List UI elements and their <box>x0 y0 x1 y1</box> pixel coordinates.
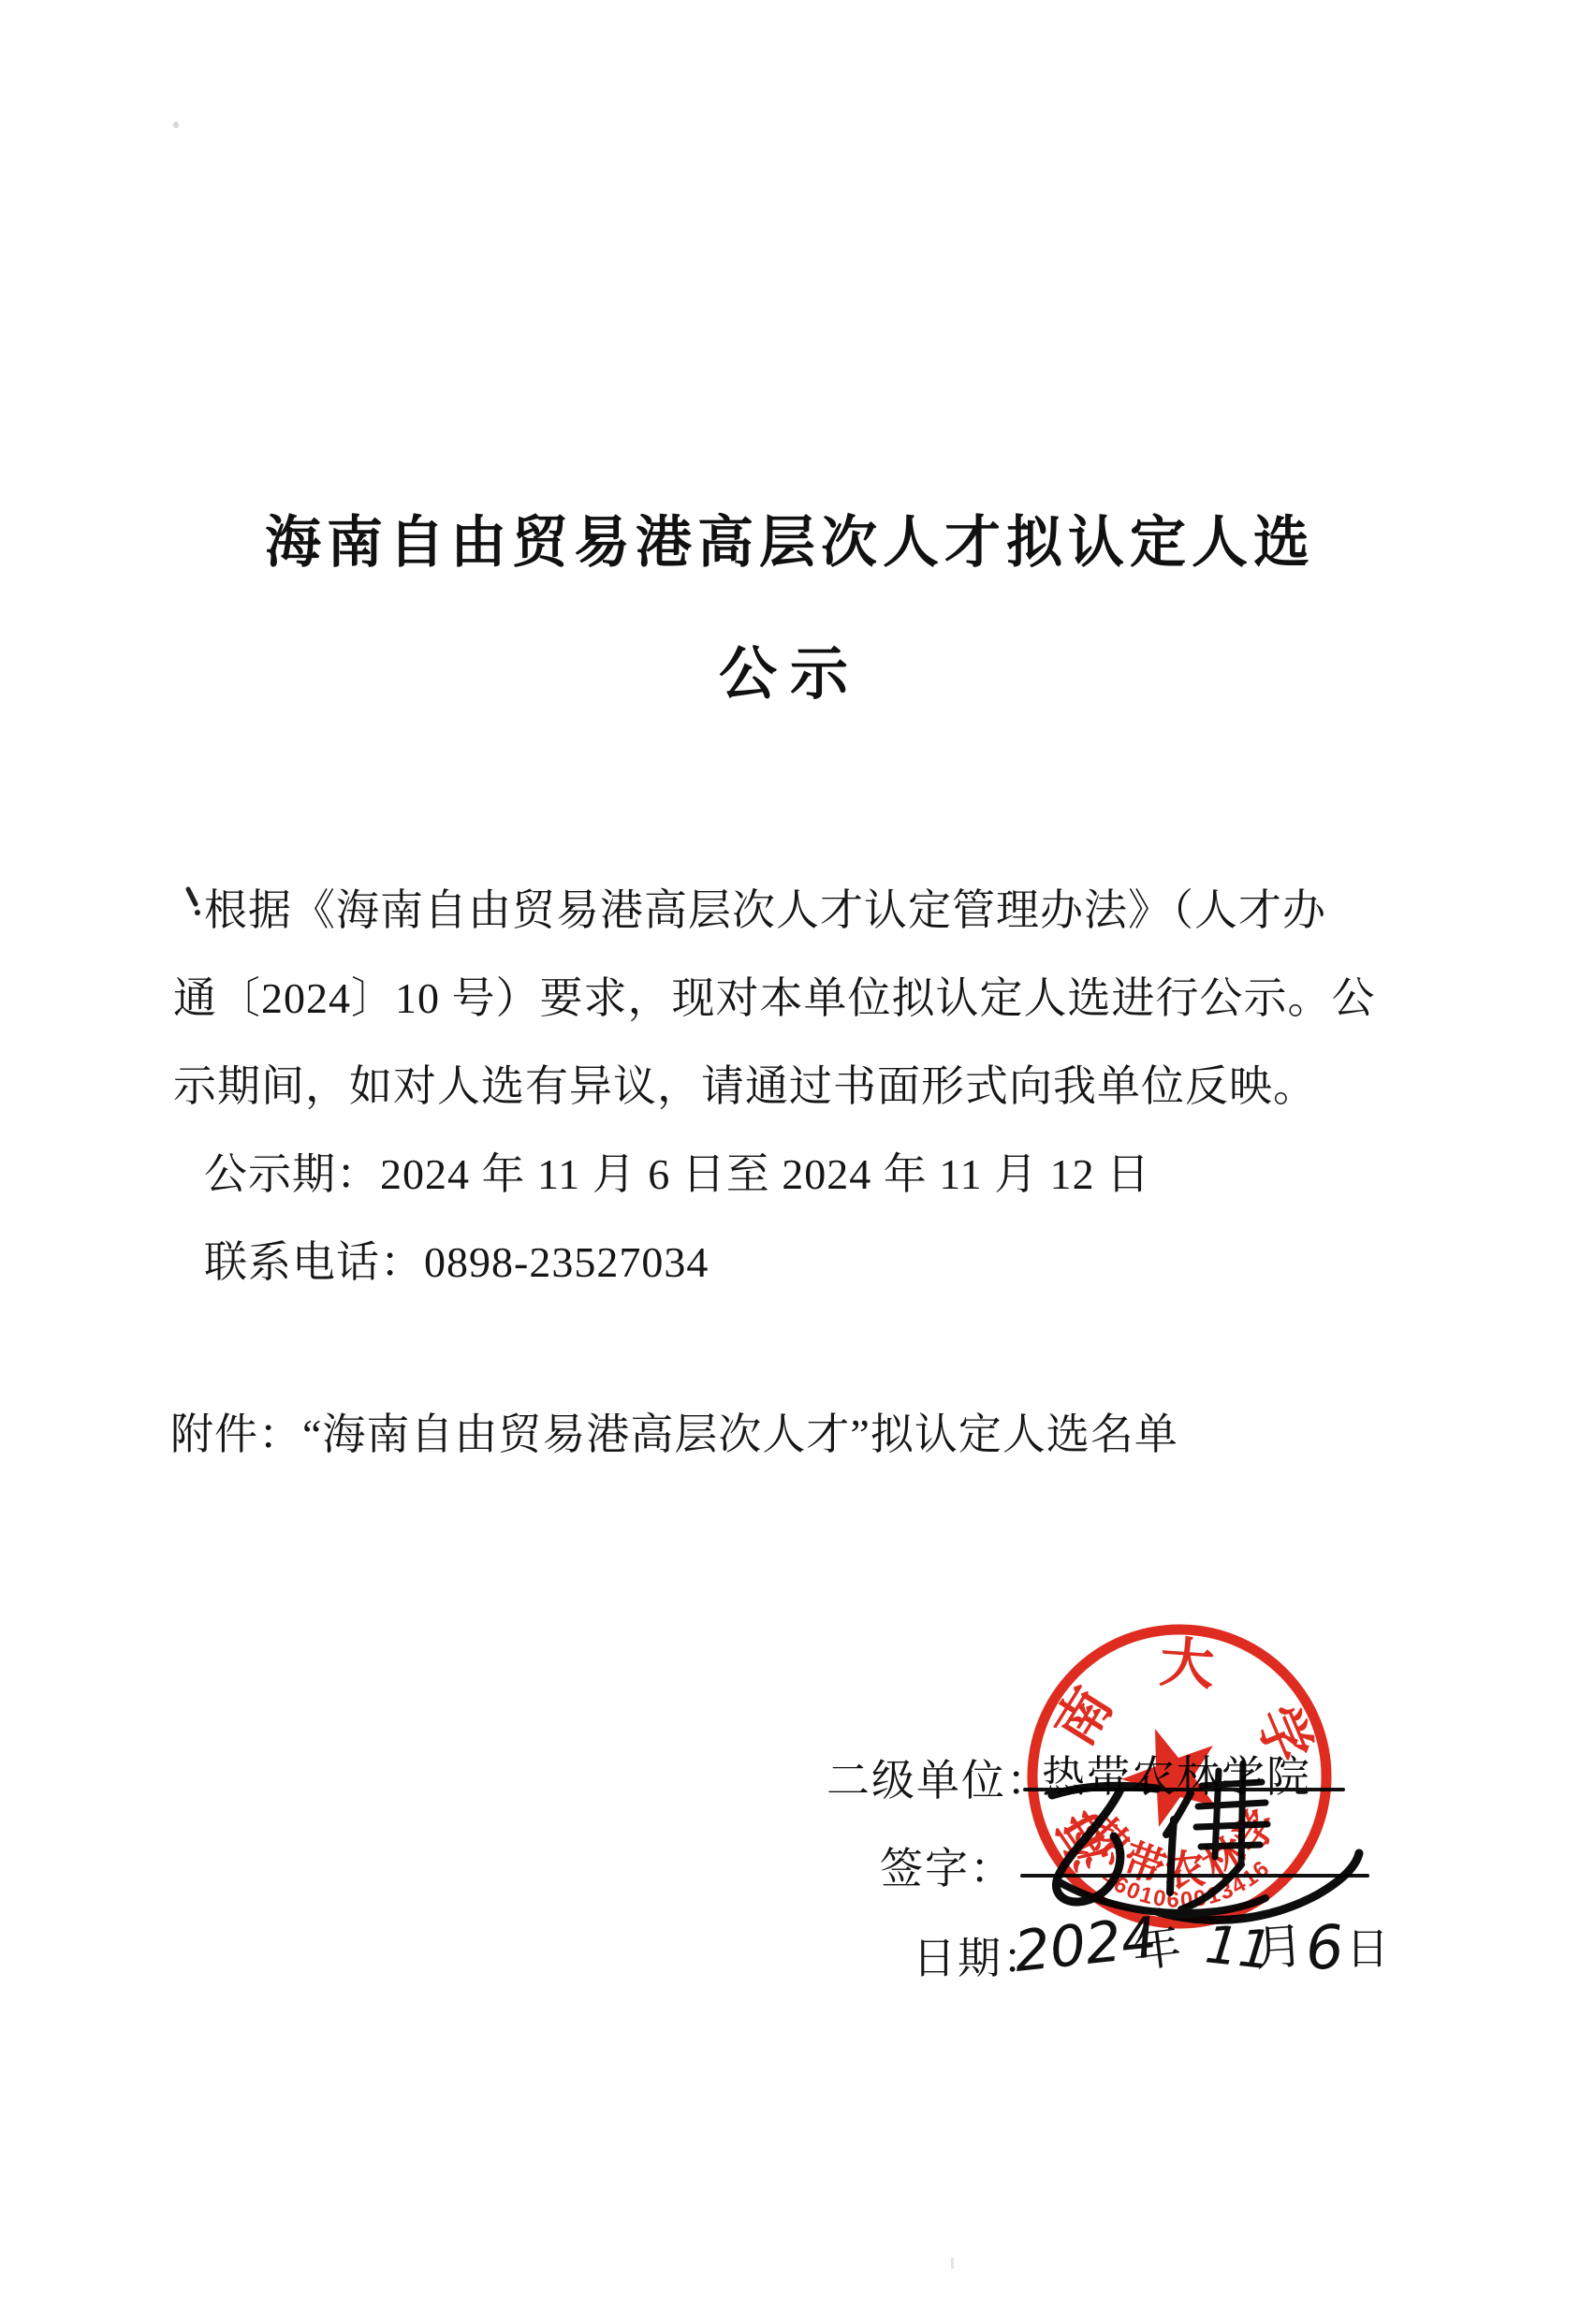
contact-phone-line: 联系电话：0898-23527034 <box>204 1228 709 1290</box>
scanned-announcement-page: 海南自由贸易港高层次人才拟认定人选 公示 根据《海南自由贸易港高层次人才认定管理… <box>0 0 1580 2324</box>
publicity-period-line: 公示期：2024 年 11 月 6 日至 2024 年 11 月 12 日 <box>204 1140 1150 1202</box>
attachment-line: 附件：“海南自由贸易港高层次人才”拟认定人选名单 <box>170 1400 1178 1462</box>
paper-speck <box>173 122 179 128</box>
body-line: 通〔2024〕10 号）要求，现对本单位拟认定人选进行公示。公 <box>173 964 1376 1026</box>
body-line: 示期间，如对人选有异议，请通过书面形式向我单位反映。 <box>173 1052 1317 1114</box>
seal-arc-char: 大 <box>1158 1632 1216 1697</box>
handwritten-date: 2024 年 11 月 6 日 <box>983 1891 1413 2003</box>
paper-speck <box>951 2258 954 2269</box>
handwritten-day-number: 6 <box>1304 1913 1346 1984</box>
handwritten-day-char: 日 <box>1346 1923 1389 1974</box>
page-subtitle: 公示 <box>0 627 1580 710</box>
handwritten-year-char: 年 <box>1129 1918 1184 1980</box>
page-title: 海南自由贸易港高层次人才拟认定人选 <box>0 498 1580 578</box>
body-line: 根据《海南自由贸易港高层次人才认定管理办法》（人才办 <box>204 876 1326 938</box>
handwritten-month-char: 月 <box>1253 1918 1306 1977</box>
